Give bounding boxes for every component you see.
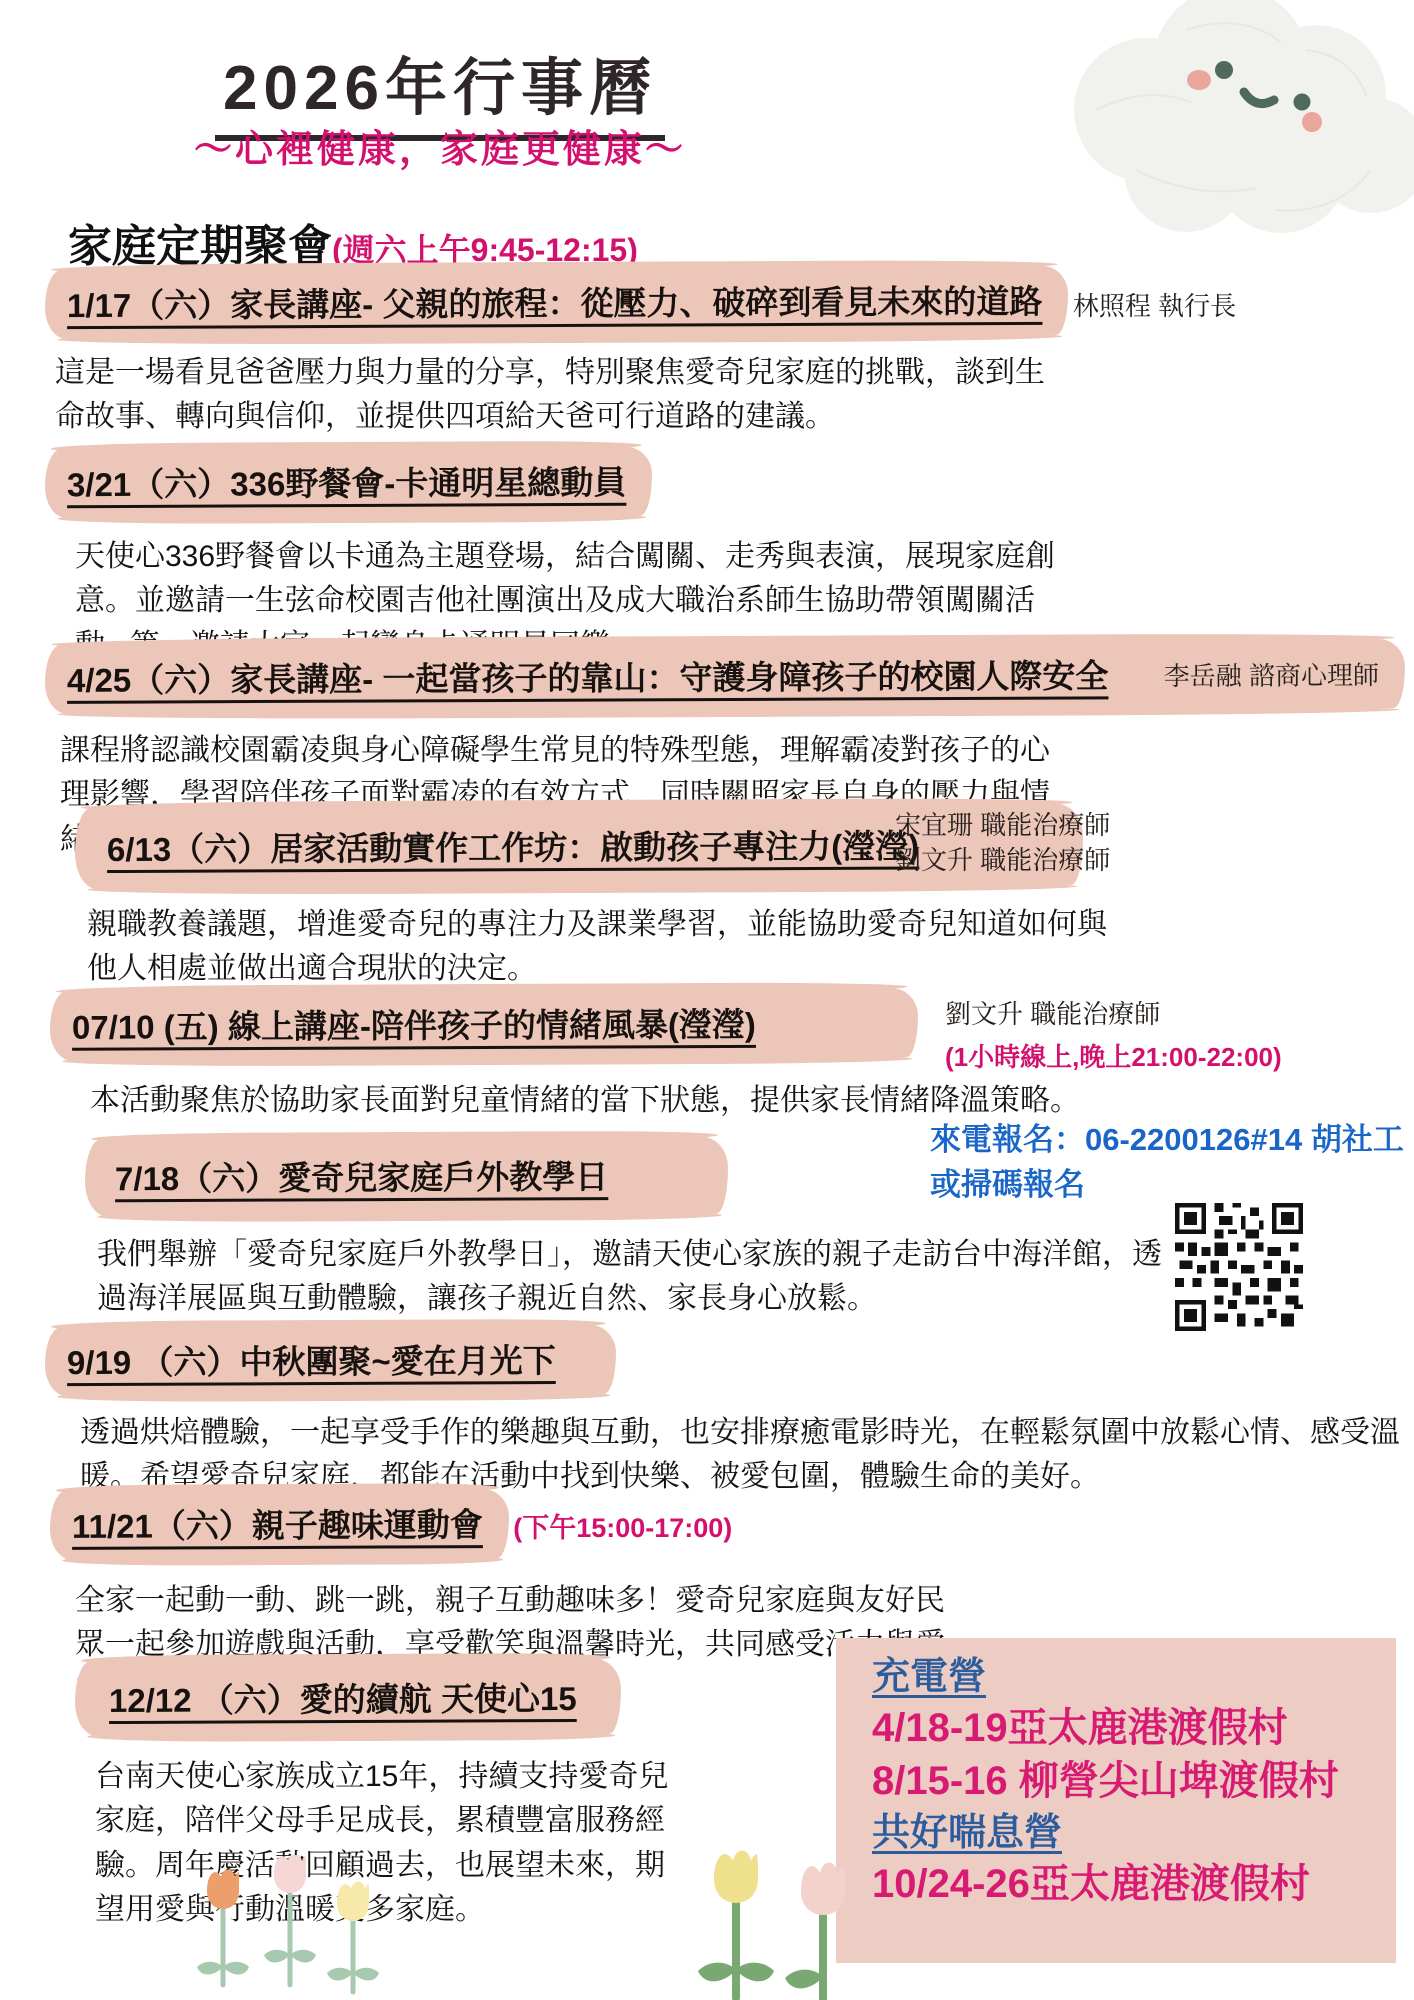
event-title: 7/18（六）愛奇兒家庭戶外教學日 — [115, 1158, 608, 1197]
smiling-cloud-icon — [1066, 0, 1414, 245]
highlight-brush: 7/18（六）愛奇兒家庭戶外教學日 — [85, 1137, 729, 1217]
event-description: 親職教養議題，增進愛奇兒的專注力及課業學習，並能協助愛奇兒知道如何與他人相處並做… — [87, 903, 1117, 992]
event-7-18: 7/18（六）愛奇兒家庭戶外教學日 我們舉辦「愛奇兒家庭戶外教學日」，邀請天使心… — [85, 1138, 1185, 1322]
camp-heading-respite: 共好喘息營 — [872, 1808, 1396, 1858]
highlight-brush: 4/25（六）家長講座- 一起當孩子的靠山：守護身障孩子的校園人際安全李岳融 諮… — [45, 639, 1405, 714]
event-description: 本活動聚焦於協助家長面對兒童情緒的當下狀態，提供家長情緒降溫策略。 — [90, 1079, 1290, 1123]
camp-heading-recharge: 充電營 — [872, 1652, 1396, 1702]
camp-date: 4/18-19亞太鹿港渡假村 — [872, 1702, 1396, 1755]
event-07-10: 07/10 (五) 線上講座-陪伴孩子的情緒風暴(瀅瀅) 劉文升 職能治療師 (… — [50, 990, 1410, 1123]
tulips-big-icon — [688, 1845, 868, 2000]
event-title: 6/13（六）居家活動實作工作坊：啟動孩子專注力(瀅瀅) — [107, 828, 919, 869]
event-speaker: 劉文升 職能治療師 — [895, 843, 1110, 878]
highlight-brush: 07/10 (五) 線上講座-陪伴孩子的情緒風暴(瀅瀅) — [50, 988, 918, 1061]
event-description: 這是一場看見爸爸壓力與力量的分享，特別聚焦愛奇兒家庭的挑戰，談到生命故事、轉向與… — [55, 351, 1045, 440]
highlight-brush: 3/21（六）336野餐會-卡通明星總動員 — [45, 447, 653, 519]
highlight-brush: 9/19 （六）中秋團聚~愛在月光下 — [45, 1325, 616, 1396]
highlight-brush: 12/12 （六）愛的續航 天使心15 — [75, 1659, 621, 1736]
event-time-note: (下午15:00-17:00) — [513, 1513, 732, 1543]
event-title: 9/19 （六）中秋團聚~愛在月光下 — [67, 1342, 556, 1381]
tulips-small-icon — [185, 1855, 420, 2000]
qr-code-icon — [1175, 1203, 1303, 1331]
camp-date: 10/24-26亞太鹿港渡假村 — [872, 1858, 1396, 1911]
highlight-brush: 1/17（六）家長講座- 父親的旅程：從壓力、破碎到看見未來的道路 — [45, 266, 1069, 339]
highlight-brush: 11/21（六）親子趣味運動會 — [50, 1489, 509, 1560]
event-side-info: 劉文升 職能治療師 (1小時線上,晚上21:00-22:00) — [945, 994, 1282, 1074]
event-title: 3/21（六）336野餐會-卡通明星總動員 — [67, 464, 626, 503]
event-title: 12/12 （六）愛的續航 天使心15 — [109, 1680, 577, 1719]
event-title: 11/21（六）親子趣味運動會 — [72, 1506, 483, 1545]
event-title: 1/17（六）家長講座- 父親的旅程：從壓力、破碎到看見未來的道路 — [67, 283, 1043, 324]
event-title: 4/25（六）家長講座- 一起當孩子的靠山：守護身障孩子的校園人際安全 — [67, 657, 1109, 699]
page-subtitle: ～心裡健康，家庭更健康～ — [0, 118, 880, 173]
event-title: 07/10 (五) 線上講座-陪伴孩子的情緒風暴(瀅瀅) — [72, 1006, 756, 1046]
event-6-13: 6/13（六）居家活動實作工作坊：啟動孩子專注力(瀅瀅) 宋宜珊 職能治療師 劉… — [75, 806, 1405, 992]
event-speaker: 劉文升 職能治療師 — [945, 999, 1160, 1029]
event-speaker: 李岳融 諮商心理師 — [1164, 655, 1379, 693]
camps-box: 充電營 4/18-19亞太鹿港渡假村 8/15-16 柳營尖山埤渡假村 共好喘息… — [836, 1638, 1396, 1963]
event-speaker: 林照程 執行長 — [1073, 291, 1236, 321]
event-1-17: 1/17（六）家長講座- 父親的旅程：從壓力、破碎到看見未來的道路 林照程 執行… — [45, 268, 1405, 440]
event-speakers: 宋宜珊 職能治療師 劉文升 職能治療師 — [895, 808, 1110, 878]
flyer-page: 2026年行事曆 ～心裡健康，家庭更健康～ 家庭定期聚會(週六上午9:45-12… — [0, 0, 1414, 2000]
event-9-19: 9/19 （六）中秋團聚~愛在月光下 透過烘焙體驗，一起享受手作的樂趣與互動，也… — [45, 1326, 1405, 1500]
event-description: 我們舉辦「愛奇兒家庭戶外教學日」，邀請天使心家族的親子走訪台中海洋館，透過海洋展… — [97, 1233, 1167, 1322]
camp-date: 8/15-16 柳營尖山埤渡假村 — [872, 1755, 1396, 1808]
event-speaker: 宋宜珊 職能治療師 — [895, 808, 1110, 843]
event-time-note: (1小時線上,晚上21:00-22:00) — [945, 1037, 1282, 1074]
